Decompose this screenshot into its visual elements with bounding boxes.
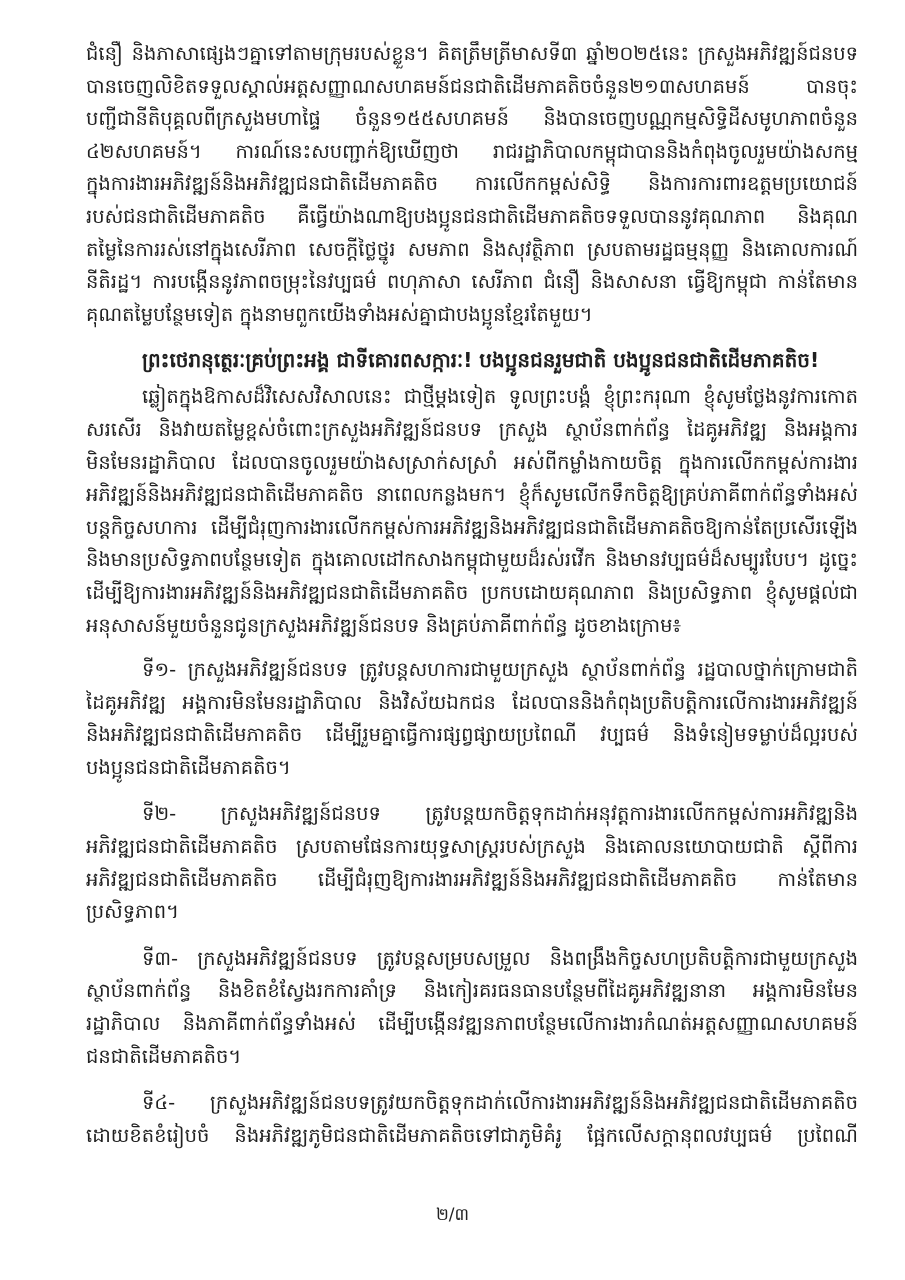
text-line: ដើម្បីឱ្យការងារអភិវឌ្ឍន៍និងអភិវឌ្ឍជនជាតិ…	[86, 577, 858, 610]
document-page: ជំនឿ និងភាសាផ្សេងៗគ្នាទៅតាមក្រុមរបស់ខ្លួ…	[86, 38, 858, 1166]
page-number: ២/៣	[0, 1204, 905, 1229]
text-line: អភិវឌ្ឍជនជាតិដើមភាគតិច ដើម្បីជំរុញឱ្យការ…	[86, 864, 858, 897]
text-line: សរសើរ និងវាយតម្លៃខ្ពស់ចំពោះក្រសួងអភិវឌ្ឍ…	[86, 414, 858, 447]
thanks-paragraph: ឆ្លៀតក្នុងឱកាសដ៏វិសេសវិសាលនេះ ជាថ្មីម្តង…	[86, 381, 858, 642]
text-line: ទី១- ក្រសួងអភិវឌ្ឍន៍ជនបទ ត្រូវបន្តសហការជ…	[86, 654, 858, 687]
intro-paragraph: ជំនឿ និងភាសាផ្សេងៗគ្នាទៅតាមក្រុមរបស់ខ្លួ…	[86, 38, 858, 331]
text-line: និងអភិវឌ្ឍជនជាតិដើមភាគតិច ដើម្បីរួមគ្នាធ…	[86, 719, 858, 752]
text-line: ទី៤- ក្រសួងអភិវឌ្ឍន៍ជនបទត្រូវយកចិត្តទុកដ…	[86, 1087, 858, 1120]
text-line: បងប្អូនជនជាតិដើមភាគតិច។	[86, 752, 858, 785]
text-line: ទី៣- ក្រសួងអភិវឌ្ឍន៍ជនបទ ត្រូវបន្តសម្របស…	[86, 943, 858, 976]
text-line: ជនជាតិដើមភាគតិច។	[86, 1041, 858, 1074]
text-line: អភិវឌ្ឍជនជាតិដើមភាគតិច ស្របតាមផែនការយុទ្…	[86, 831, 858, 864]
clause-1: ទី១- ក្រសួងអភិវឌ្ឍន៍ជនបទ ត្រូវបន្តសហការជ…	[86, 654, 858, 784]
text-line: ជំនឿ និងភាសាផ្សេងៗគ្នាទៅតាមក្រុមរបស់ខ្លួ…	[86, 38, 858, 71]
text-line: អនុសាសន៍មួយចំនួនជូនក្រសួងអភិវឌ្ឍន៍ជនបទ ន…	[86, 610, 858, 643]
clause-4: ទី៤- ក្រសួងអភិវឌ្ឍន៍ជនបទត្រូវយកចិត្តទុកដ…	[86, 1087, 858, 1152]
text-line: របស់ជនជាតិដើមភាគតិច គឺធ្វើយ៉ាងណាឱ្យបងប្អ…	[86, 201, 858, 234]
text-line: ស្ថាប័នពាក់ព័ន្ធ និងខិតខំស្វែងរកការគាំទ្…	[86, 975, 858, 1008]
text-line: ក្នុងការងារអភិវឌ្ឍន៍និងអភិវឌ្ឍជនជាតិដើមភ…	[86, 168, 858, 201]
text-line: ប្រសិទ្ធភាព។	[86, 896, 858, 929]
clause-2: ទី២- ក្រសួងអភិវឌ្ឍន៍ជនបទ ត្រូវបន្តយកចិត្…	[86, 798, 858, 928]
text-line: គុណតម្លៃបន្ថែមទៀត ក្នុងនាមពួកយើងទាំងអស់គ…	[86, 299, 858, 332]
text-line: ដោយខិតខំរៀបចំ និងអភិវឌ្ឍភូមិជនជាតិដើមភាគ…	[86, 1120, 858, 1153]
text-line: អភិវឌ្ឍន៍និងអភិវឌ្ឍជនជាតិដើមភាគតិច នាពេល…	[86, 479, 858, 512]
text-line: រដ្ឋាភិបាល និងភាគីពាក់ព័ន្ធទាំងអស់ ដើម្ប…	[86, 1008, 858, 1041]
text-line: ៤២សហគមន៍។ ការណ៍នេះសបញ្ជាក់ឱ្យឃើញថា រាជរដ…	[86, 136, 858, 169]
text-line: បានចេញលិខិតទទួលស្គាល់អត្តសញ្ញាណសហគមន៍ជនជ…	[86, 71, 858, 104]
text-line: បញ្ជីជានីតិបុគ្គលពីក្រសួងមហាផ្ទៃ ចំនួន១៥…	[86, 103, 858, 136]
text-line: និងមានប្រសិទ្ធភាពបន្ថែមទៀត ក្នុងគោលដៅកសា…	[86, 544, 858, 577]
text-line: ទី២- ក្រសួងអភិវឌ្ឍន៍ជនបទ ត្រូវបន្តយកចិត្…	[86, 798, 858, 831]
text-line: តម្លៃនៃការរស់នៅក្នុងសេរីភាព សេចក្តីថ្លៃថ…	[86, 234, 858, 267]
text-line: បន្តកិច្ចសហការ ដើម្បីជំរុញការងារលើកកម្ពស…	[86, 512, 858, 545]
text-line: ឆ្លៀតក្នុងឱកាសដ៏វិសេសវិសាលនេះ ជាថ្មីម្តង…	[86, 381, 858, 414]
salutation-heading: ព្រះថេរានុត្ថេរៈគ្រប់ព្រះអង្គ ជាទីគោរពសក…	[86, 343, 858, 377]
text-line: ដៃគូអភិវឌ្ឍ អង្គការមិនមែនរដ្ឋាភិបាល និងវ…	[86, 687, 858, 720]
text-line: មិនមែនរដ្ឋាភិបាល ដែលបានចូលរួមយ៉ាងសស្រាក់…	[86, 447, 858, 480]
text-line: នីតិរដ្ឋ។ ការបង្កើននូវភាពចម្រុះនៃវប្បធម៌…	[86, 266, 858, 299]
clause-3: ទី៣- ក្រសួងអភិវឌ្ឍន៍ជនបទ ត្រូវបន្តសម្របស…	[86, 943, 858, 1073]
